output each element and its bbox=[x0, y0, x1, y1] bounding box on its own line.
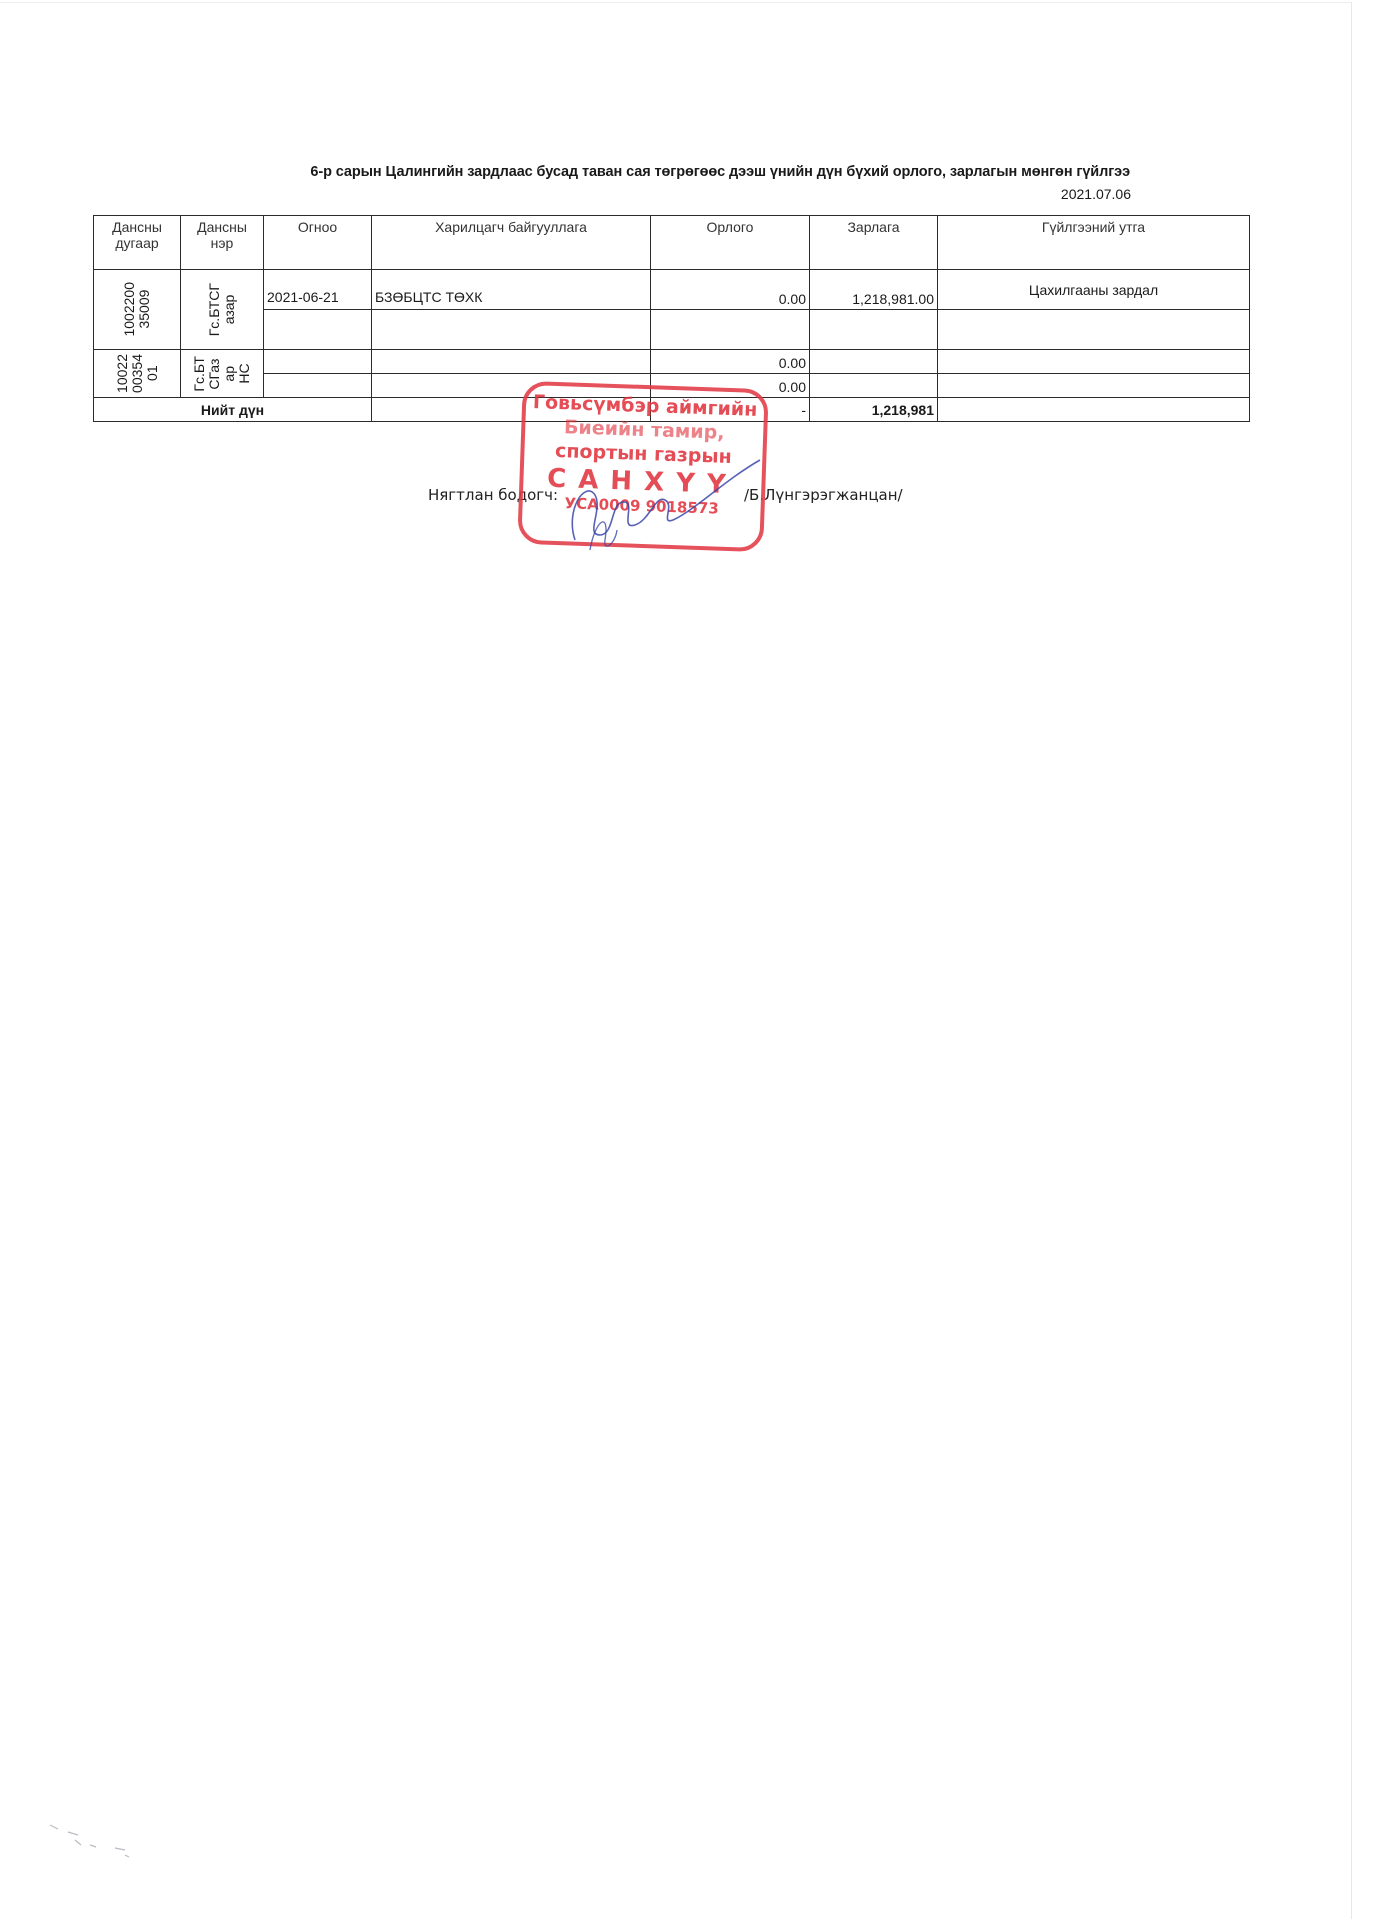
income-cell bbox=[651, 310, 810, 350]
account-number: 10022 00354 01 bbox=[115, 354, 160, 393]
total-purpose-cell bbox=[938, 398, 1250, 422]
account-number: 1002200 35009 bbox=[122, 282, 152, 337]
accountant-name: /Б.Лүнгэрэгжанцан/ bbox=[744, 486, 903, 504]
expense-cell bbox=[810, 310, 938, 350]
total-expense: 1,218,981 bbox=[810, 398, 938, 422]
header-purpose: Гүйлгээний утга bbox=[938, 216, 1250, 270]
account-name-cell: Гс.БТ СГаз ар НС bbox=[181, 350, 264, 398]
header-partner: Харилцагч байгууллага bbox=[372, 216, 651, 270]
expense-cell bbox=[810, 374, 938, 398]
purpose-cell: Цахилгааны зардал bbox=[938, 270, 1250, 310]
header-date: Огноо bbox=[264, 216, 372, 270]
expense-cell bbox=[810, 350, 938, 374]
table-row: 10022 00354 01 Гс.БТ СГаз ар НС 0.00 bbox=[94, 350, 1250, 374]
scan-specks bbox=[20, 1820, 140, 1880]
account-number-cell: 10022 00354 01 bbox=[94, 350, 181, 398]
expense-cell: 1,218,981.00 bbox=[810, 270, 938, 310]
date-cell bbox=[264, 350, 372, 374]
document-date: 2021.07.06 bbox=[900, 186, 1131, 202]
document-title: 6-р сарын Цалингийн зардлаас бусад таван… bbox=[150, 164, 1130, 180]
purpose-cell bbox=[938, 350, 1250, 374]
header-income: Орлого bbox=[651, 216, 810, 270]
date-cell: 2021-06-21 bbox=[264, 270, 372, 310]
date-cell bbox=[264, 310, 372, 350]
account-name: Гс.БТ СГаз ар НС bbox=[192, 356, 252, 392]
account-name: Гс.БТСГ азар bbox=[207, 283, 237, 336]
official-stamp: Говьсүмбэр аймгийн Биеийн тамир, спортын… bbox=[517, 381, 769, 552]
table-row bbox=[94, 310, 1250, 350]
partner-cell: БЗӨБЦТС ТӨХК bbox=[372, 270, 651, 310]
purpose-cell bbox=[938, 310, 1250, 350]
income-cell: 0.00 bbox=[651, 350, 810, 374]
purpose-cell bbox=[938, 374, 1250, 398]
header-account-number: Дансны дугаар bbox=[94, 216, 181, 270]
date-cell bbox=[264, 374, 372, 398]
partner-cell bbox=[372, 350, 651, 374]
income-cell: 0.00 bbox=[651, 270, 810, 310]
account-name-cell: Гс.БТСГ азар bbox=[181, 270, 264, 350]
partner-cell bbox=[372, 310, 651, 350]
total-label: Нийт дүн bbox=[94, 398, 372, 422]
table-row: 1002200 35009 Гс.БТСГ азар 2021-06-21 БЗ… bbox=[94, 270, 1250, 310]
account-number-cell: 1002200 35009 bbox=[94, 270, 181, 350]
table-header-row: Дансны дугаар Дансны нэр Огноо Харилцагч… bbox=[94, 216, 1250, 270]
header-expense: Зарлага bbox=[810, 216, 938, 270]
header-account-name: Дансны нэр bbox=[181, 216, 264, 270]
